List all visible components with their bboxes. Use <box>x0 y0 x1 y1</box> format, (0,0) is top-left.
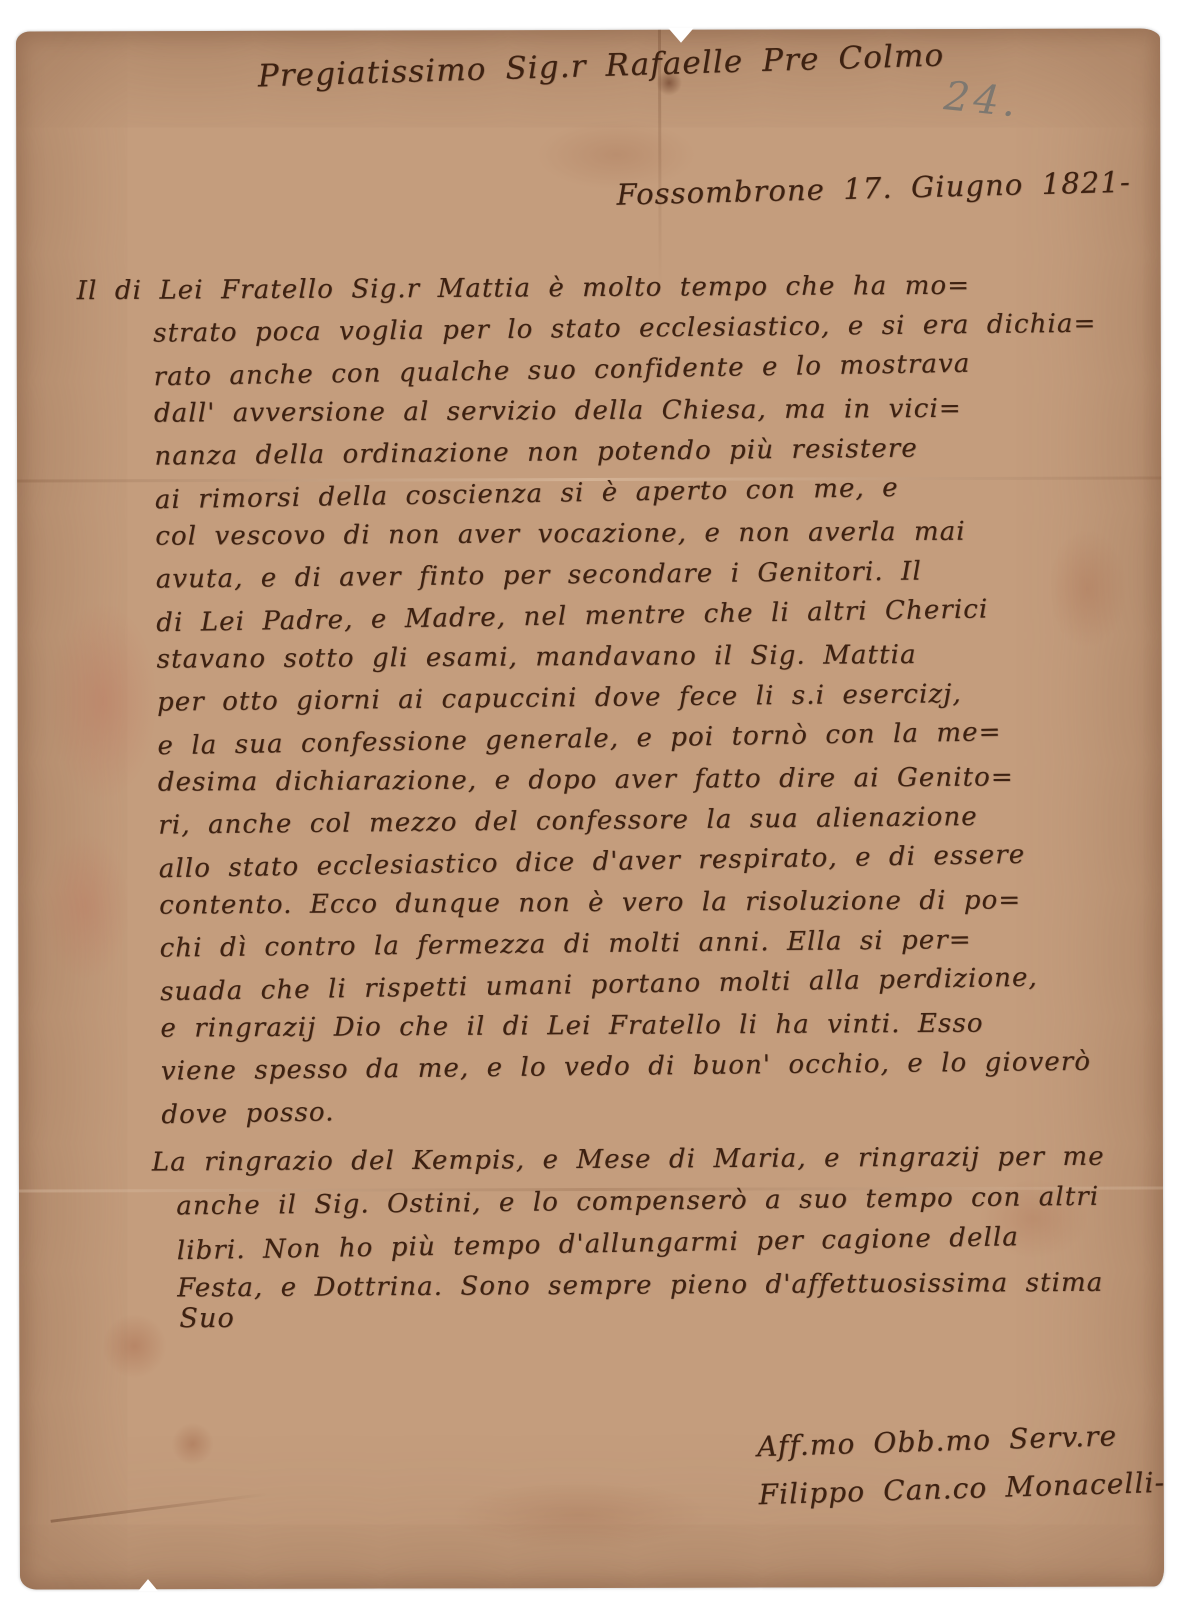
foxing-stain <box>99 1311 169 1381</box>
paper-nick <box>138 1579 158 1591</box>
manuscript-line: Festa, e Dottrina. Sono sempre pieno d'a… <box>153 1262 1117 1310</box>
dateline: Fossombrone 17. Giugno 1821- <box>616 165 1131 212</box>
paragraph-1: Il di Lei Fratello Sig.r Mattia è molto … <box>77 263 1116 1135</box>
manuscript-line: e ringrazij Dio che il di Lei Fratello l… <box>84 1003 1114 1050</box>
foxing-stain <box>450 1480 710 1551</box>
manuscript-line: dall' avversione al servizio della Chies… <box>78 388 1108 435</box>
letter-paper: Pregiatissimo Sig.r Rafaelle Pre Colmo 2… <box>16 29 1164 1590</box>
manuscript-line: stavano sotto gli esami, mandavano il Si… <box>80 634 1110 681</box>
photo-background: { "letter": { "address_line": "Pregiatis… <box>0 0 1181 1613</box>
manuscript-line: contento. Ecco dunque non è vero la riso… <box>83 880 1113 927</box>
crease-line <box>50 1492 269 1522</box>
manuscript-line: La ringrazio del Kempis, e Mese di Maria… <box>152 1136 1116 1184</box>
foxing-stain <box>170 1421 216 1467</box>
manuscript-line: Il di Lei Fratello Sig.r Mattia è molto … <box>77 265 1107 312</box>
paragraph-2: La ringrazio del Kempis, e Mese di Maria… <box>152 1134 1118 1312</box>
manuscript-line: col vescovo di non aver vocazione, e non… <box>79 511 1109 558</box>
signature-block: Aff.mo Obb.mo Serv.re Filippo Can.co Mon… <box>756 1411 1165 1519</box>
closing-word: Suo <box>179 1303 235 1334</box>
letter-body: Il di Lei Fratello Sig.r Mattia è molto … <box>77 263 1118 1313</box>
manuscript-line: desima dichiarazione, e dopo aver fatto … <box>82 757 1112 804</box>
pencil-number: 24. <box>942 73 1022 126</box>
paper-tear <box>668 28 694 43</box>
address-line: Pregiatissimo Sig.r Rafaelle Pre Colmo <box>246 37 957 95</box>
